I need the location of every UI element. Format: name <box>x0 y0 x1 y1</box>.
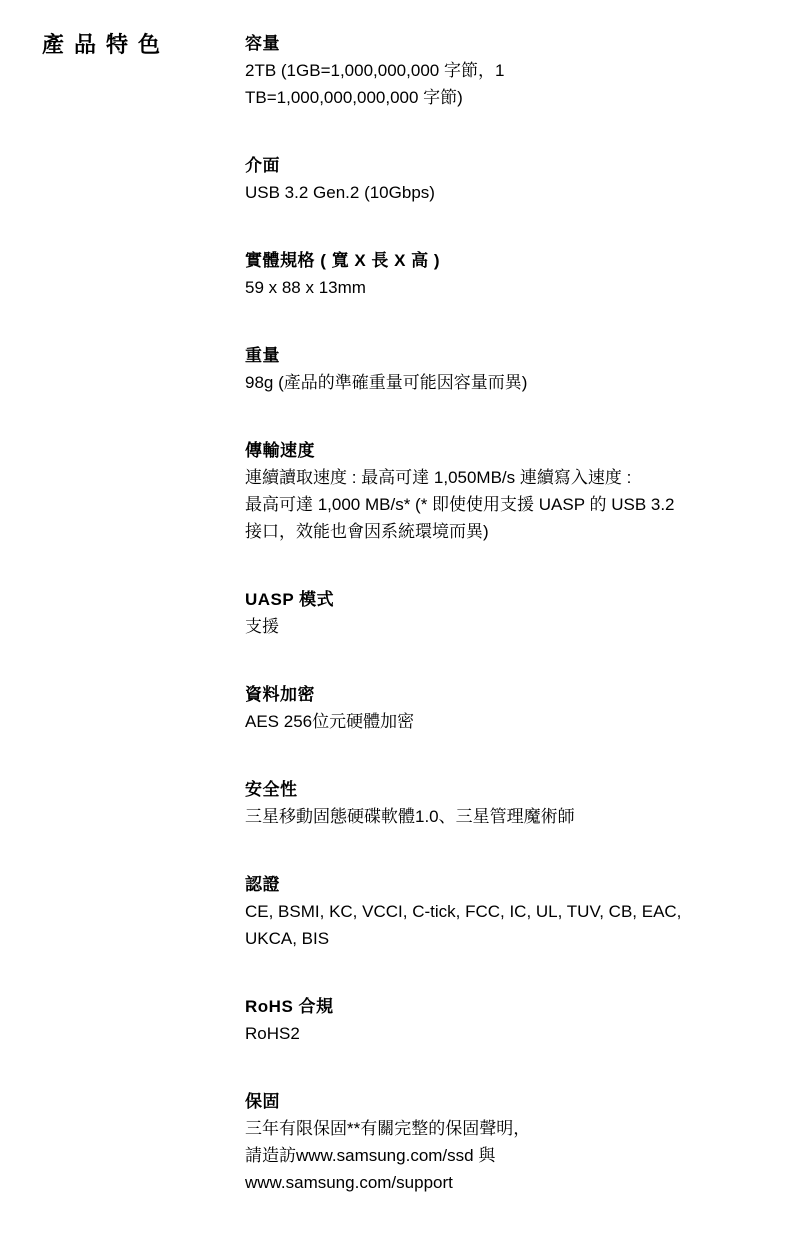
spec-value-line: 支援 <box>245 613 760 640</box>
page-title: 產品特色 <box>42 30 245 60</box>
spec-heading: 容量 <box>245 30 760 57</box>
spec-section: 保固三年有限保固**有關完整的保固聲明，請造訪www.samsung.com/s… <box>245 1088 760 1196</box>
spec-section: 重量98g (產品的準確重量可能因容量而異) <box>245 342 760 396</box>
spec-section: 安全性三星移動固態硬碟軟體1.0、三星管理魔術師 <box>245 776 760 830</box>
spec-value-line: 最高可達 1,000 MB/s* (* 即使使用支援 UASP 的 USB 3.… <box>245 491 760 518</box>
spec-heading: 資料加密 <box>245 681 760 708</box>
spec-value-line: 連續讀取速度 : 最高可達 1,050MB/s 連續寫入速度 : <box>245 464 760 491</box>
spec-section: 傳輸速度連續讀取速度 : 最高可達 1,050MB/s 連續寫入速度 :最高可達… <box>245 437 760 545</box>
spec-value-line: 三星移動固態硬碟軟體1.0、三星管理魔術師 <box>245 803 760 830</box>
spec-value-line: www.samsung.com/support <box>245 1169 760 1196</box>
spec-section: RoHS 合規RoHS2 <box>245 993 760 1047</box>
spec-value-line: 59 x 88 x 13mm <box>245 274 760 301</box>
spec-value-line: 接口，效能也會因系統環境而異) <box>245 518 760 545</box>
spec-value-line: TB=1,000,000,000,000 字節) <box>245 84 760 111</box>
spec-value-line: 2TB (1GB=1,000,000,000 字節，1 <box>245 57 760 84</box>
spec-heading: UASP 模式 <box>245 586 760 613</box>
spec-heading: 安全性 <box>245 776 760 803</box>
spec-heading: 實體規格 ( 寬 X 長 X 高 ) <box>245 247 760 274</box>
spec-value-line: UKCA, BIS <box>245 925 760 952</box>
spec-heading: 傳輸速度 <box>245 437 760 464</box>
product-spec-page: 產品特色 容量2TB (1GB=1,000,000,000 字節，1TB=1,0… <box>0 0 800 1237</box>
spec-heading: 保固 <box>245 1088 760 1115</box>
spec-section: 資料加密AES 256位元硬體加密 <box>245 681 760 735</box>
spec-value-line: CE, BSMI, KC, VCCI, C-tick, FCC, IC, UL,… <box>245 898 760 925</box>
spec-heading: 重量 <box>245 342 760 369</box>
spec-list: 容量2TB (1GB=1,000,000,000 字節，1TB=1,000,00… <box>245 30 800 1237</box>
spec-section: 認證CE, BSMI, KC, VCCI, C-tick, FCC, IC, U… <box>245 871 760 952</box>
spec-section: 介面USB 3.2 Gen.2 (10Gbps) <box>245 152 760 206</box>
spec-section: 實體規格 ( 寬 X 長 X 高 )59 x 88 x 13mm <box>245 247 760 301</box>
spec-value-line: 三年有限保固**有關完整的保固聲明， <box>245 1115 760 1142</box>
spec-section: UASP 模式支援 <box>245 586 760 640</box>
spec-value-line: 請造訪www.samsung.com/ssd 與 <box>245 1142 760 1169</box>
spec-title-column: 產品特色 <box>42 30 245 60</box>
spec-value-line: AES 256位元硬體加密 <box>245 708 760 735</box>
spec-value-line: 98g (產品的準確重量可能因容量而異) <box>245 369 760 396</box>
spec-heading: RoHS 合規 <box>245 993 760 1020</box>
spec-section: 容量2TB (1GB=1,000,000,000 字節，1TB=1,000,00… <box>245 30 760 111</box>
spec-heading: 認證 <box>245 871 760 898</box>
spec-value-line: RoHS2 <box>245 1020 760 1047</box>
spec-heading: 介面 <box>245 152 760 179</box>
spec-value-line: USB 3.2 Gen.2 (10Gbps) <box>245 179 760 206</box>
